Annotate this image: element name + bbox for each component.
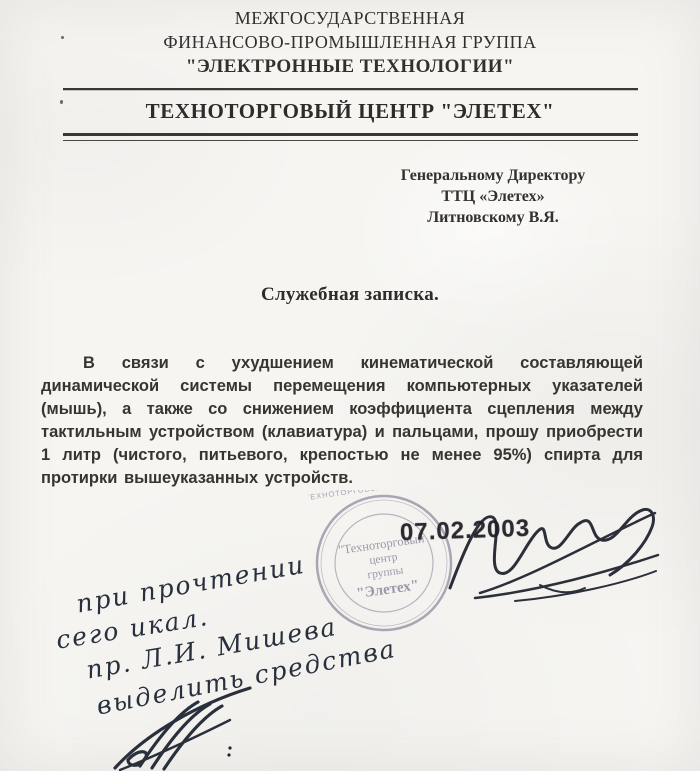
stamp-inner-line2: центр [369,551,399,567]
stamp-inner-line4: "Элетех" [355,577,420,602]
addressee-line1: Генеральному Директору [358,165,628,186]
org-name-line1: МЕЖГОСУДАРСТВЕННАЯ [0,6,700,30]
scanned-memo-page: МЕЖГОСУДАРСТВЕННАЯ ФИНАНСОВО-ПРОМЫШЛЕННА… [0,0,700,771]
approval-signature [98,678,273,771]
center-name: ТЕХНОТОРГОВЫЙ ЦЕНТР "ЭЛЕТЕХ" [0,99,700,124]
director-signature [420,493,660,611]
addressee-line3: Литновскому В.Я. [358,207,628,228]
addressee-line2: ТТЦ «Элетех» [358,186,628,207]
org-name-line3: "ЭЛЕКТРОННЫЕ ТЕХНОЛОГИИ" [0,54,700,80]
letterhead-rule-top [63,88,638,90]
letterhead: МЕЖГОСУДАРСТВЕННАЯ ФИНАНСОВО-ПРОМЫШЛЕННА… [0,6,700,80]
document-title: Служебная записка. [0,284,700,306]
letterhead-rule-bottom [63,133,638,141]
stamp-inner-line3: группы [367,564,405,581]
scan-speck [60,100,63,104]
scan-speck [61,36,64,39]
addressee-block: Генеральному Директору ТТЦ «Элетех» Литн… [358,165,628,228]
org-name-line2: ФИНАНСОВО-ПРОМЫШЛЕННАЯ ГРУППА [0,30,700,54]
memo-body: В связи с ухудшением кинематической сост… [41,352,643,490]
